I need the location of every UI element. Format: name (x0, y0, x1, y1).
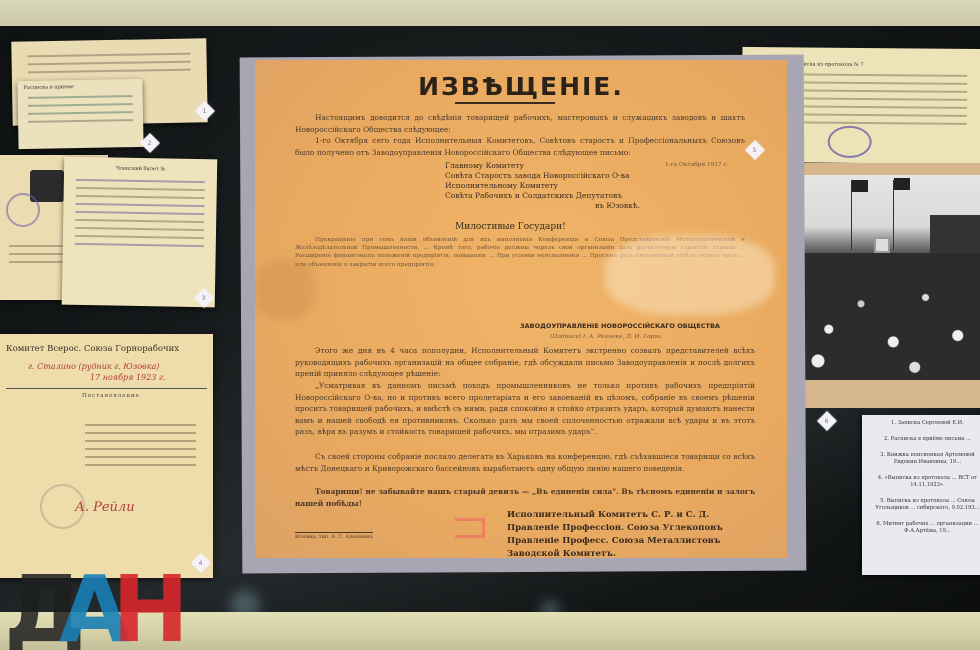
union-header: Комитет Всерос. Союза Горнорабочих (6, 344, 213, 354)
paragraph-1: Этого же дня въ 4 часа пополудни, Исполн… (295, 345, 755, 380)
caption-item: 5. Выписка из протокола ... Союза Угольщ… (874, 498, 980, 512)
salutation: Милостивые Государи! (455, 222, 566, 232)
protocol-stamp (828, 126, 872, 158)
card-header: Членский билет № (64, 165, 217, 174)
portrait-on-tribune (874, 237, 890, 253)
exhibit-caption-list: 1. Записка Сергеевой Е.И. 2. Расписка в … (862, 415, 980, 575)
crowd (775, 253, 980, 380)
receipt: Расписка в приеме (17, 79, 143, 149)
signatory: Заводской Комитетъ. (507, 548, 723, 558)
dan-watermark-logo: Д А Н (4, 566, 174, 650)
signatory: Правленіе Профессіон. Союза Углекоповъ (507, 522, 723, 535)
red-mark (455, 518, 485, 538)
poster-title: ИЗВѢЩЕНІЕ. (255, 72, 787, 101)
letter-signers: (Подписи) I. А. Рейнеке, Л. И. Горга. (550, 333, 663, 341)
addressee: Исполнительному Комитету (445, 181, 640, 191)
title-rule (455, 102, 555, 104)
announcement-poster: ИЗВѢЩЕНІЕ. Настоящимъ доводится до свѣдѣ… (255, 60, 787, 558)
protocol-header: Выписка из протокола № 7 (792, 61, 980, 69)
printer-imprint: Юзовка, тип. А. С. Алешкина (295, 532, 373, 540)
caption-item: 1. Записка Сергеевой Е.И. (874, 420, 980, 427)
paragraph-3: Съ своей стороны собраніе послало делега… (295, 451, 755, 474)
poster-date: 1-го Октября 1917 г. (665, 161, 728, 169)
signatory: Исполнительный Комитетъ С. Р. и С. Д. (507, 509, 723, 522)
round-stamp (6, 193, 40, 227)
caption-item: 6. Митинг рабочих ... организации ... Ф.… (874, 521, 980, 535)
addressee: Совѣта Старостъ завода Новороссійскаго О… (445, 171, 640, 181)
signature: А. Рейли (75, 500, 135, 515)
signatory: Правленіе Професс. Союза Металлистовъ (507, 535, 723, 548)
poster-intro2: 1-го Октября сего года Исполнительныя Ко… (295, 135, 745, 158)
handwriting-place: г. Сталино (рудник г. Юзовка) (28, 362, 213, 371)
addressees: Главному Комитету Совѣта Старостъ завода… (445, 161, 640, 211)
logo-letter-n: Н (112, 564, 189, 650)
receipt-header: Расписка в приеме (23, 83, 142, 91)
caption-item: 2. Расписка в приёме письма ... (874, 436, 980, 443)
caption-item: 3. Книжка пенсионная Артемовой Евдокии И… (874, 452, 980, 466)
addressee: Главному Комитету (445, 161, 640, 171)
signatories: Исполнительный Комитетъ С. Р. и С. Д. Пр… (507, 509, 723, 558)
poster-intro: Настоящимъ доводится до свѣдѣнія товарищ… (295, 112, 745, 135)
resolution-heading: Постановление (82, 393, 213, 399)
handwriting-date: 17 ноября 1923 г. (90, 373, 213, 382)
rally-photograph (775, 175, 980, 380)
addressee: Совѣта Рабочихъ и Солдатскихъ Депутатовъ (445, 191, 640, 201)
addressee: въ Юзовкѣ. (445, 201, 640, 211)
caption-item: 4. «Выписка из протокола ... ВСТ от 14.1… (874, 475, 980, 489)
membership-card-right-page: Членский билет № (62, 157, 218, 308)
union-certificate: Комитет Всерос. Союза Горнорабочих г. Ст… (0, 334, 213, 578)
paragraph-4: Товарищи! не забывайте нашъ старый девиз… (295, 486, 755, 509)
museum-vitrine-photo: Расписка в приеме Членский билет № Комит… (0, 0, 980, 650)
paragraph-2: „Усматривая въ данномъ письмѣ походъ про… (295, 380, 755, 438)
letter-signature: ЗАВОДОУПРАВЛЕНІЕ НОВОРОССІЙСКАГО ОБЩЕСТВ… (520, 322, 720, 330)
